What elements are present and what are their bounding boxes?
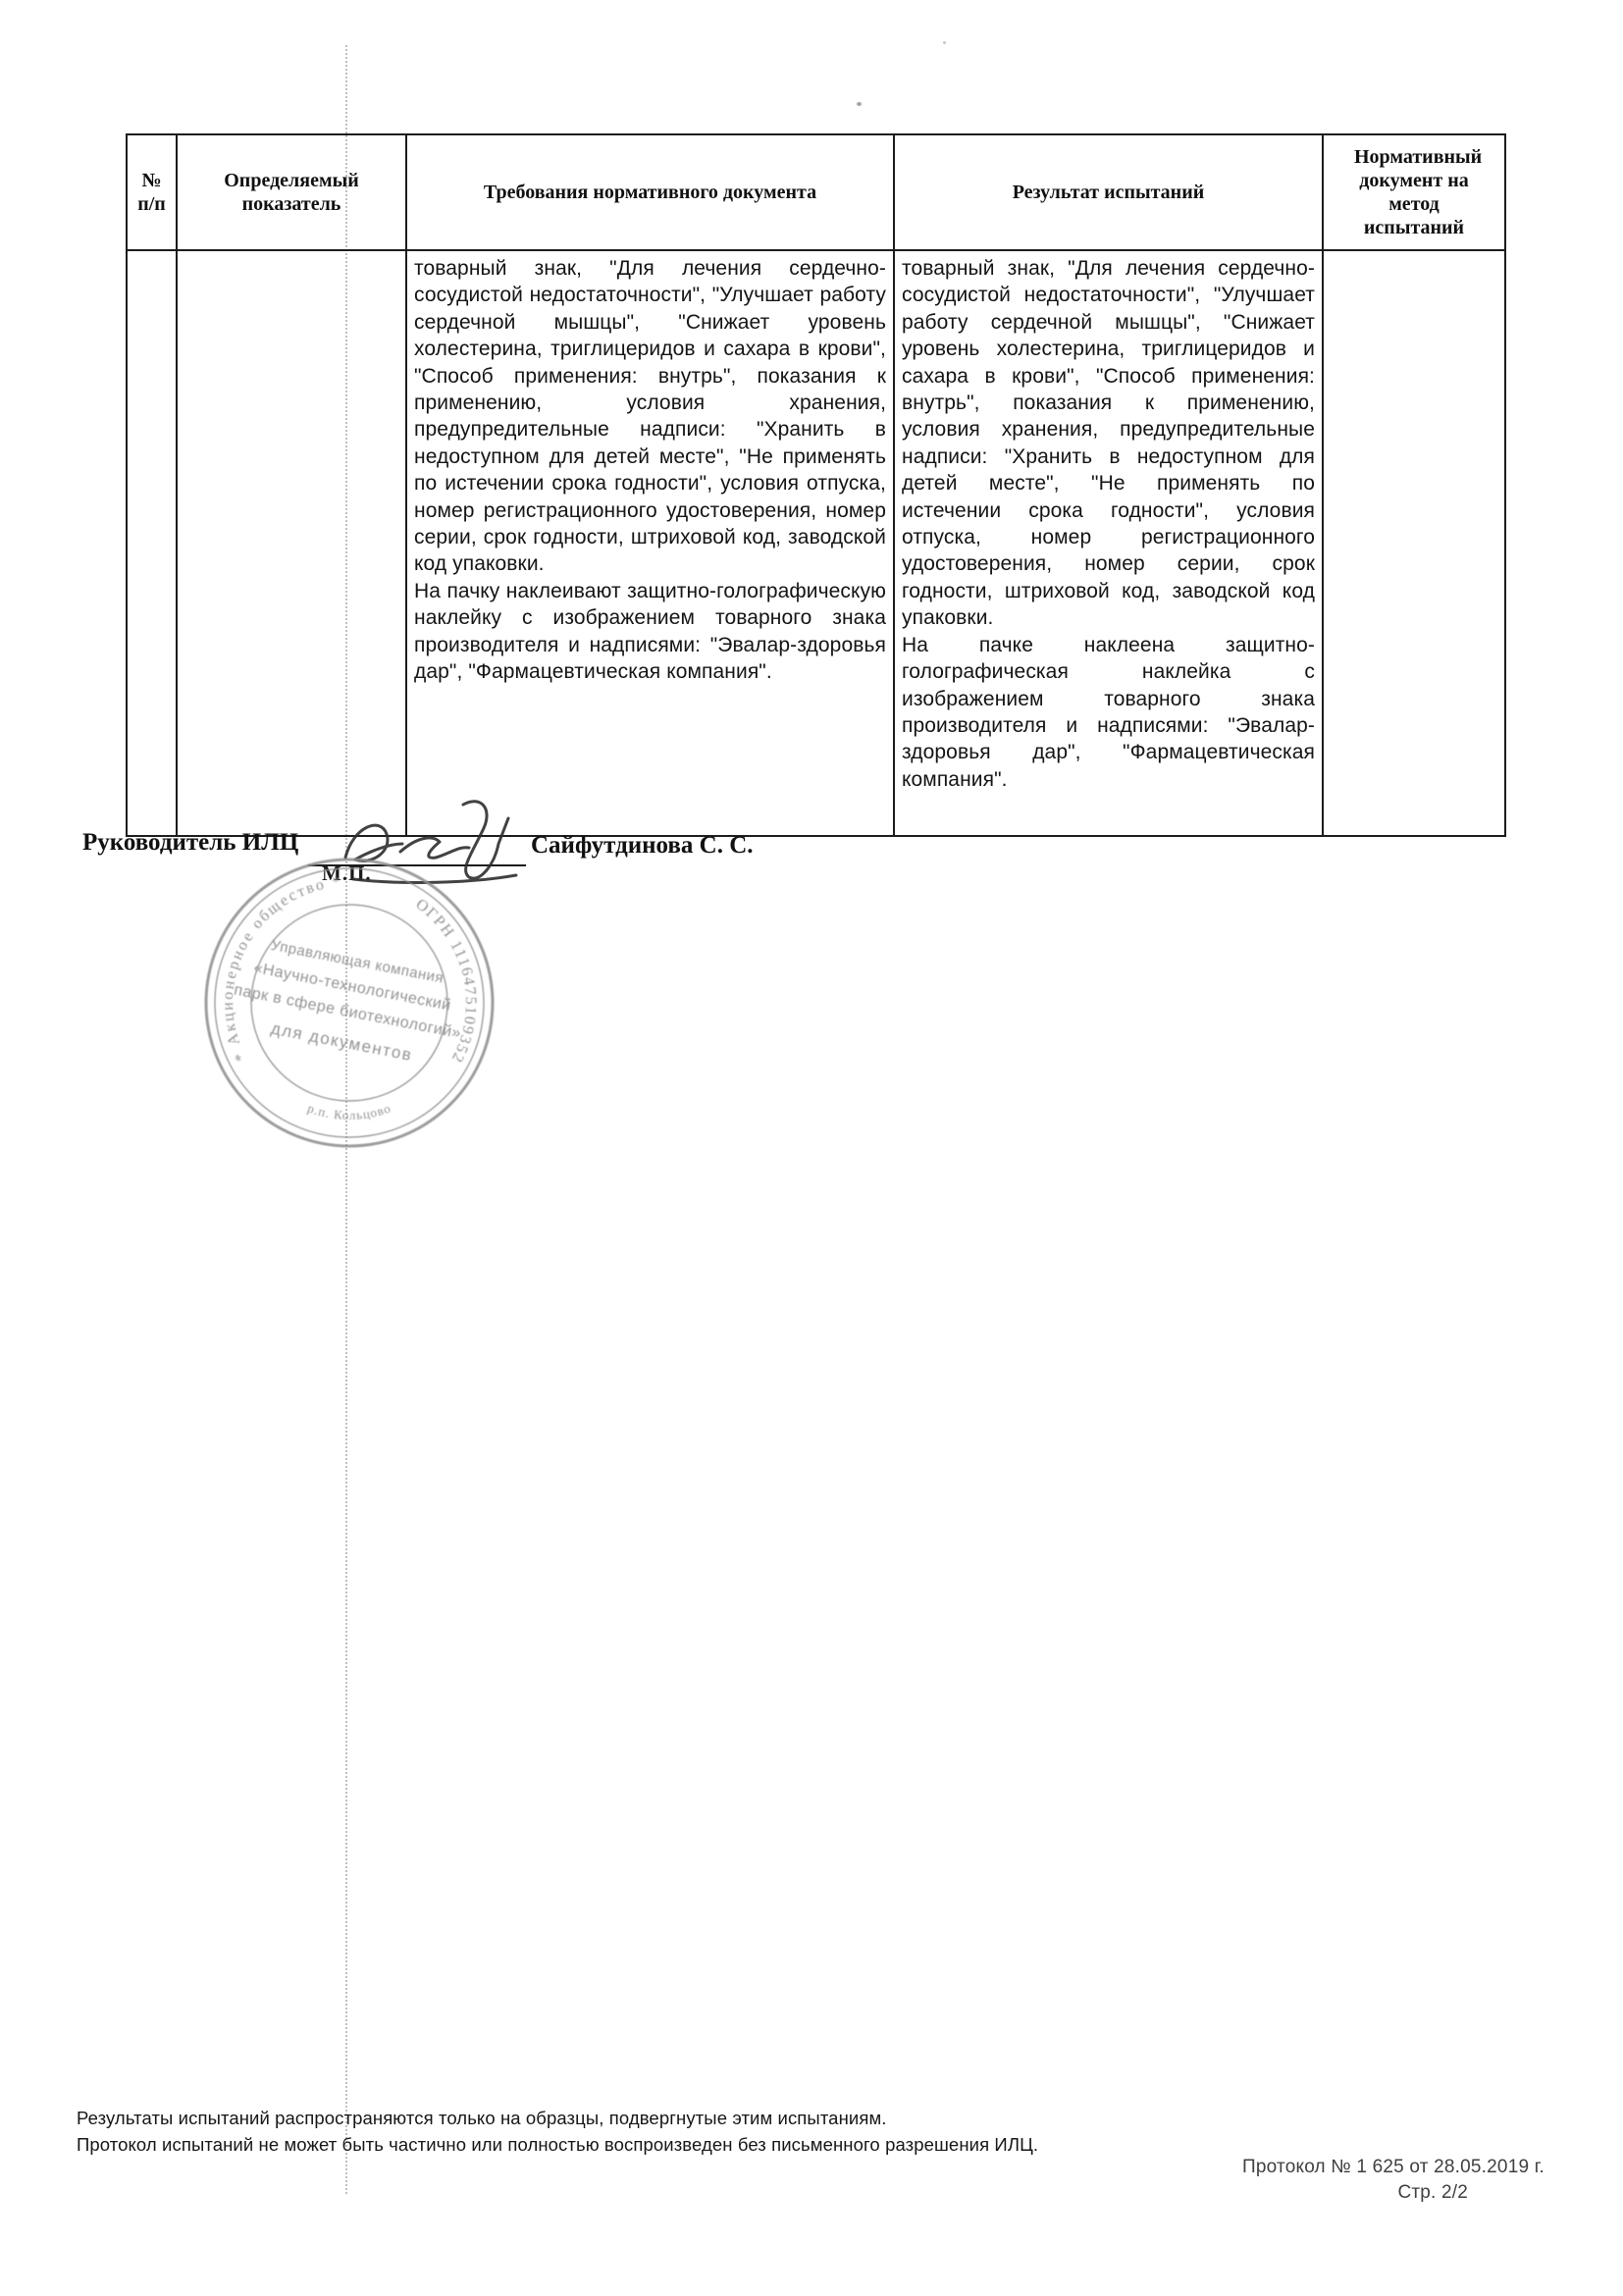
stamp-ring-text-bottom: р.п. Кольцово: [305, 1100, 393, 1122]
column-header-indicator: Определяемый показатель: [177, 134, 406, 250]
cell-indicator: [177, 250, 406, 836]
scanned-test-report-page: № п/п Определяемый показатель Требования…: [0, 0, 1623, 2296]
cell-number: [127, 250, 177, 836]
footer-note-reproduction: Протокол испытаний не может быть частичн…: [77, 2134, 1038, 2156]
stamp-inner-text: Управляющая компания «Научно-технологиче…: [227, 931, 472, 1072]
signature-name: Сайфутдинова С. С.: [531, 832, 754, 860]
column-header-number: № п/п: [127, 134, 177, 250]
footer-note-scope: Результаты испытаний распространяются то…: [77, 2108, 887, 2129]
test-report-table: № п/п Определяемый показатель Требования…: [126, 133, 1506, 837]
scan-artifact-dot: [857, 102, 862, 106]
table-row: товарный знак, "Для лечения сердечно-сос…: [127, 250, 1505, 836]
column-header-result: Результат испытаний: [894, 134, 1323, 250]
column-header-norm-doc: Нормативный документ на метод испытаний: [1323, 134, 1505, 250]
official-round-stamp: * Акционерное общество * ОГРН 1116475109…: [192, 846, 506, 1160]
protocol-reference: Протокол № 1 625 от 28.05.2019 г.: [1242, 2157, 1544, 2178]
table-header-row: № п/п Определяемый показатель Требования…: [127, 134, 1505, 250]
cell-norm-doc: [1323, 250, 1505, 836]
scan-artifact-dot: [943, 41, 946, 44]
page-number: Стр. 2/2: [1397, 2182, 1468, 2204]
column-header-requirements: Требования нормативного документа: [406, 134, 894, 250]
cell-result: товарный знак, "Для лечения сердечно-сос…: [894, 250, 1323, 836]
cell-requirements: товарный знак, "Для лечения сердечно-сос…: [406, 250, 894, 836]
